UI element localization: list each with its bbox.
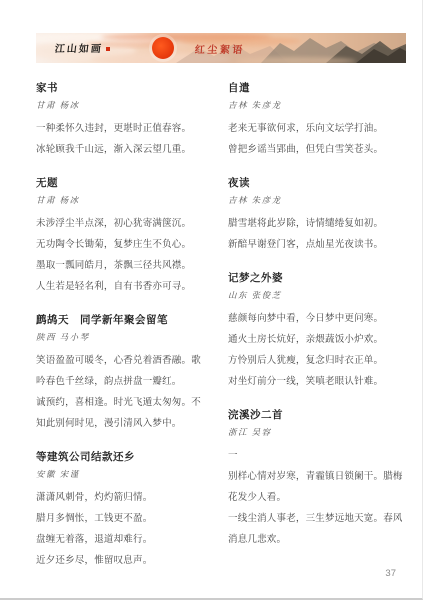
poem-yedu: 夜读 吉林 朱彦龙 腊雪堪将此岁除，诗情缱绻复如初。 新醅早谢登门客，点灿星光夜… — [228, 177, 406, 256]
verse-line: 一种柔怀久违封，更堪时正值春容。 — [36, 119, 210, 140]
poem-title: 自遣 — [228, 82, 406, 94]
verse-line: 墨取一瓢同皓月，茶飘三径共风襟。 — [36, 256, 210, 277]
verse-line: 方怜别后人犹瘦，复念归时衣正单。 — [228, 351, 406, 372]
poem-author: 吉林 朱彦龙 — [228, 100, 406, 111]
verse-line: 潇潇风刺骨，灼灼箭归情。 — [36, 488, 210, 509]
red-sun-icon — [152, 37, 174, 59]
poem-author: 甘肃 杨冰 — [36, 195, 210, 206]
verse-line: 老来无事欲何求，乐向文坛学打油。 — [228, 119, 406, 140]
verse-line: 近夕还乡尽，惟留叹息声。 — [36, 551, 210, 572]
poem-ziqian: 自遣 吉林 朱彦龙 老来无事欲何求，乐向文坛学打油。 曾把乡谣当郢曲，但凭白雪笑… — [228, 82, 406, 161]
verse-line: 通火土房长炕好，亲煨蔬饭小炉欢。 — [228, 330, 406, 351]
poem-author: 陕西 马小琴 — [36, 332, 210, 343]
poem-author: 吉林 朱彦龙 — [228, 195, 406, 206]
verse-line: 腊月多惆怅，工钱更不盈。 — [36, 509, 210, 530]
verse-line: 冰轮顾我千山远，渐入深云望几重。 — [36, 140, 210, 161]
right-column: 自遣 吉林 朱彦龙 老来无事欲何求，乐向文坛学打油。 曾把乡谣当郢曲，但凭白雪笑… — [228, 82, 406, 567]
seal-stamp-icon — [106, 47, 110, 51]
verse-paragraph: 别样心情对岁寒，青霾镇日锁阑干。腊梅花发少人看。 — [228, 467, 406, 509]
poem-dengjianzhu: 等建筑公司结款还乡 安徽 宋谨 潇潇风刺骨，灼灼箭归情。 腊月多惆怅，工钱更不盈… — [36, 451, 210, 572]
verse-line: 慈颜每向梦中看，今日梦中更问寒。 — [228, 309, 406, 330]
poem-title: 鹧鸪天 同学新年聚会留笔 — [36, 314, 210, 326]
verse-line: 人生若是轻名利，自有书香亦可寻。 — [36, 277, 210, 298]
banner-calligraphy-left: 江山如画 — [54, 40, 104, 55]
poem-author: 安徽 宋谨 — [36, 469, 210, 480]
verse-line: 无功陶令长锄菊，复梦庄生不负心。 — [36, 235, 210, 256]
page-number: 37 — [385, 568, 396, 579]
book-page: 江山如画 红尘絮语 家书 甘肃 杨冰 一种柔怀久违封，更堪时正值春容。 冰轮顾我… — [0, 0, 423, 600]
verse-paragraph: 诚预约，喜相逢。时光飞遁太匆匆。不知此别何时见，漫引清风入梦中。 — [36, 393, 210, 435]
poem-wuti: 无题 甘肃 杨冰 未涉浮尘半点深，初心犹寄满箧沉。 无功陶令长锄菊，复梦庄生不负… — [36, 177, 210, 298]
poem-author: 山东 张俊芝 — [228, 290, 406, 301]
header-banner: 江山如画 红尘絮语 — [36, 33, 406, 63]
verse-line: 未涉浮尘半点深，初心犹寄满箧沉。 — [36, 214, 210, 235]
poem-huanxisha: 浣溪沙二首 浙江 吴容 一 别样心情对岁寒，青霾镇日锁阑干。腊梅花发少人看。 一… — [228, 409, 406, 551]
poem-title: 等建筑公司结款还乡 — [36, 451, 210, 463]
poem-title: 夜读 — [228, 177, 406, 189]
verse-line: 盘缠无着落，退道却难行。 — [36, 530, 210, 551]
poem-author: 甘肃 杨冰 — [36, 100, 210, 111]
verse-line: 对坐灯前分一线，笑嗔老眼认针难。 — [228, 372, 406, 393]
poem-title: 无题 — [36, 177, 210, 189]
banner-calligraphy-center: 红尘絮语 — [194, 41, 245, 56]
left-column: 家书 甘肃 杨冰 一种柔怀久违封，更堪时正值春容。 冰轮顾我千山远，渐入深云望几… — [36, 82, 210, 588]
poem-title: 浣溪沙二首 — [228, 409, 406, 421]
poem-jimeng: 记梦之外婆 山东 张俊芝 慈颜每向梦中看，今日梦中更问寒。 通火土房长炕好，亲煨… — [228, 272, 406, 393]
verse-paragraph: 笑语盈盈可暖冬，心香兑着酒香融。歌吟春色千丝绿，韵点拼盘一瓣红。 — [36, 351, 210, 393]
stanza-number: 一 — [228, 446, 406, 467]
poem-jiashu: 家书 甘肃 杨冰 一种柔怀久违封，更堪时正值春容。 冰轮顾我千山远，渐入深云望几… — [36, 82, 210, 161]
verse-line: 曾把乡谣当郢曲，但凭白雪笑苍头。 — [228, 140, 406, 161]
verse-line: 新醅早谢登门客，点灿星光夜读书。 — [228, 235, 406, 256]
verse-line: 腊雪堪将此岁除，诗情缱绻复如初。 — [228, 214, 406, 235]
poem-title: 家书 — [36, 82, 210, 94]
poem-columns: 家书 甘肃 杨冰 一种柔怀久违封，更堪时正值春容。 冰轮顾我千山远，渐入深云望几… — [36, 82, 406, 588]
verse-paragraph: 一线尘消人事老，三生梦远地天宽。春风消息几悲欢。 — [228, 509, 406, 551]
poem-author: 浙江 吴容 — [228, 427, 406, 438]
poem-title: 记梦之外婆 — [228, 272, 406, 284]
poem-zhegutian: 鹧鸪天 同学新年聚会留笔 陕西 马小琴 笑语盈盈可暖冬，心香兑着酒香融。歌吟春色… — [36, 314, 210, 435]
